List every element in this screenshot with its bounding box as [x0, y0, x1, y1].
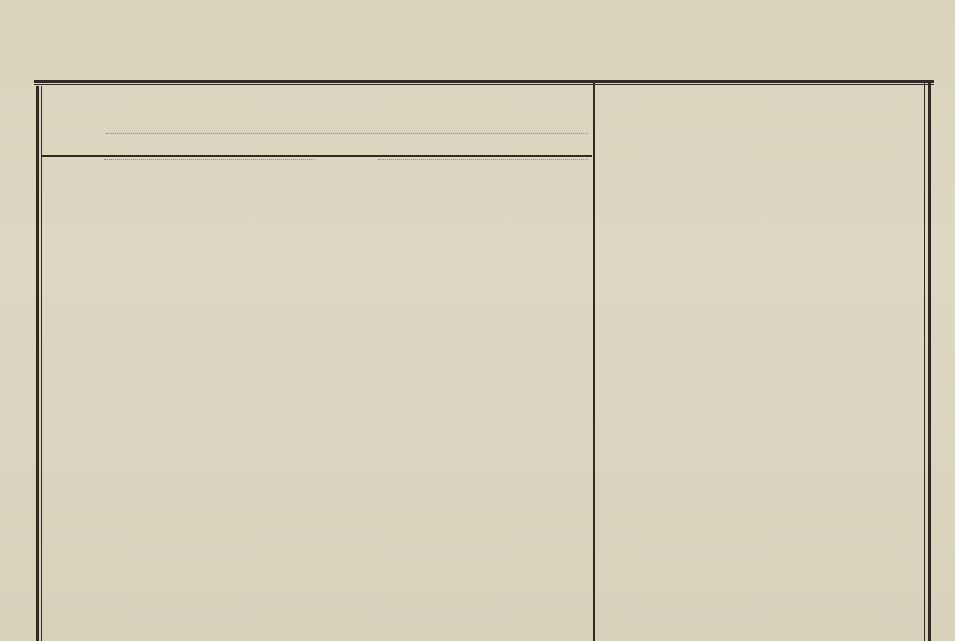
- frame-top-line-thin: [34, 84, 934, 85]
- prenoms-line: [104, 159, 314, 160]
- nom-line: [106, 133, 588, 134]
- registry-card: [0, 0, 955, 641]
- frame-left-line: [36, 86, 39, 641]
- surnoms-line: [378, 159, 588, 160]
- frame-right-line-thin: [924, 82, 925, 641]
- frame-top-line: [34, 80, 934, 83]
- etat-civil-top-rule: [42, 155, 592, 157]
- fiche-stamp: [317, 4, 321, 27]
- frame-right-line: [928, 82, 931, 641]
- column-divider: [593, 82, 595, 641]
- frame-left-line-thin: [41, 86, 42, 641]
